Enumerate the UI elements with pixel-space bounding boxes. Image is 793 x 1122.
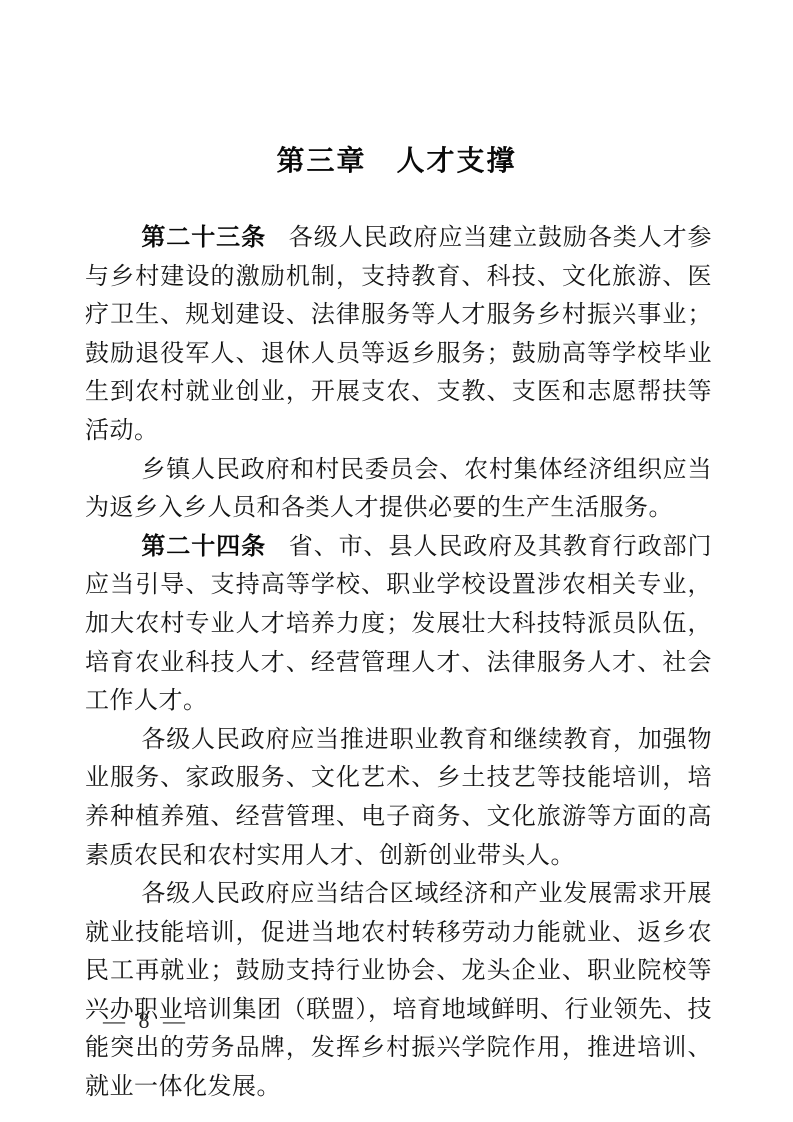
article-24-text: 省、市、县人民政府及其教育行政部门应当引导、支持高等学校、职业学校设置涉农相关专… <box>85 534 712 714</box>
paragraph-article-23-clause-2: 乡镇人民政府和村民委员会、农村集体经济组织应当为返乡入乡人员和各类人才提供必要的… <box>85 451 712 528</box>
chapter-heading: 第三章 人才支撑 <box>0 139 793 179</box>
paragraph-article-24-clause-3: 各级人民政府应当结合区域经济和产业发展需求开展就业技能培训，促进当地农村转移劳动… <box>85 875 712 1107</box>
article-24-number: 第二十四条 <box>141 534 266 560</box>
paragraph-article-24-clause-2: 各级人民政府应当推进职业教育和继续教育，加强物业服务、家政服务、文化艺术、乡土技… <box>85 721 712 875</box>
document-page: 第三章 人才支撑 第二十三条各级人民政府应当建立鼓励各类人才参与乡村建设的激励机… <box>0 0 793 1122</box>
article-23-number: 第二十三条 <box>141 225 266 251</box>
article-24-clause-2-text: 各级人民政府应当推进职业教育和继续教育，加强物业服务、家政服务、文化艺术、乡土技… <box>85 727 712 869</box>
paragraph-article-23: 第二十三条各级人民政府应当建立鼓励各类人才参与乡村建设的激励机制，支持教育、科技… <box>85 219 712 451</box>
paragraph-article-24: 第二十四条省、市、县人民政府及其教育行政部门应当引导、支持高等学校、职业学校设置… <box>85 528 712 721</box>
article-24-clause-3-text: 各级人民政府应当结合区域经济和产业发展需求开展就业技能培训，促进当地农村转移劳动… <box>85 881 712 1100</box>
article-body: 第二十三条各级人民政府应当建立鼓励各类人才参与乡村建设的激励机制，支持教育、科技… <box>85 219 712 1107</box>
page-number: — 8 — <box>103 1008 189 1034</box>
article-23-text: 各级人民政府应当建立鼓励各类人才参与乡村建设的激励机制，支持教育、科技、文化旅游… <box>85 225 712 444</box>
article-23-clause-2-text: 乡镇人民政府和村民委员会、农村集体经济组织应当为返乡入乡人员和各类人才提供必要的… <box>85 457 712 522</box>
